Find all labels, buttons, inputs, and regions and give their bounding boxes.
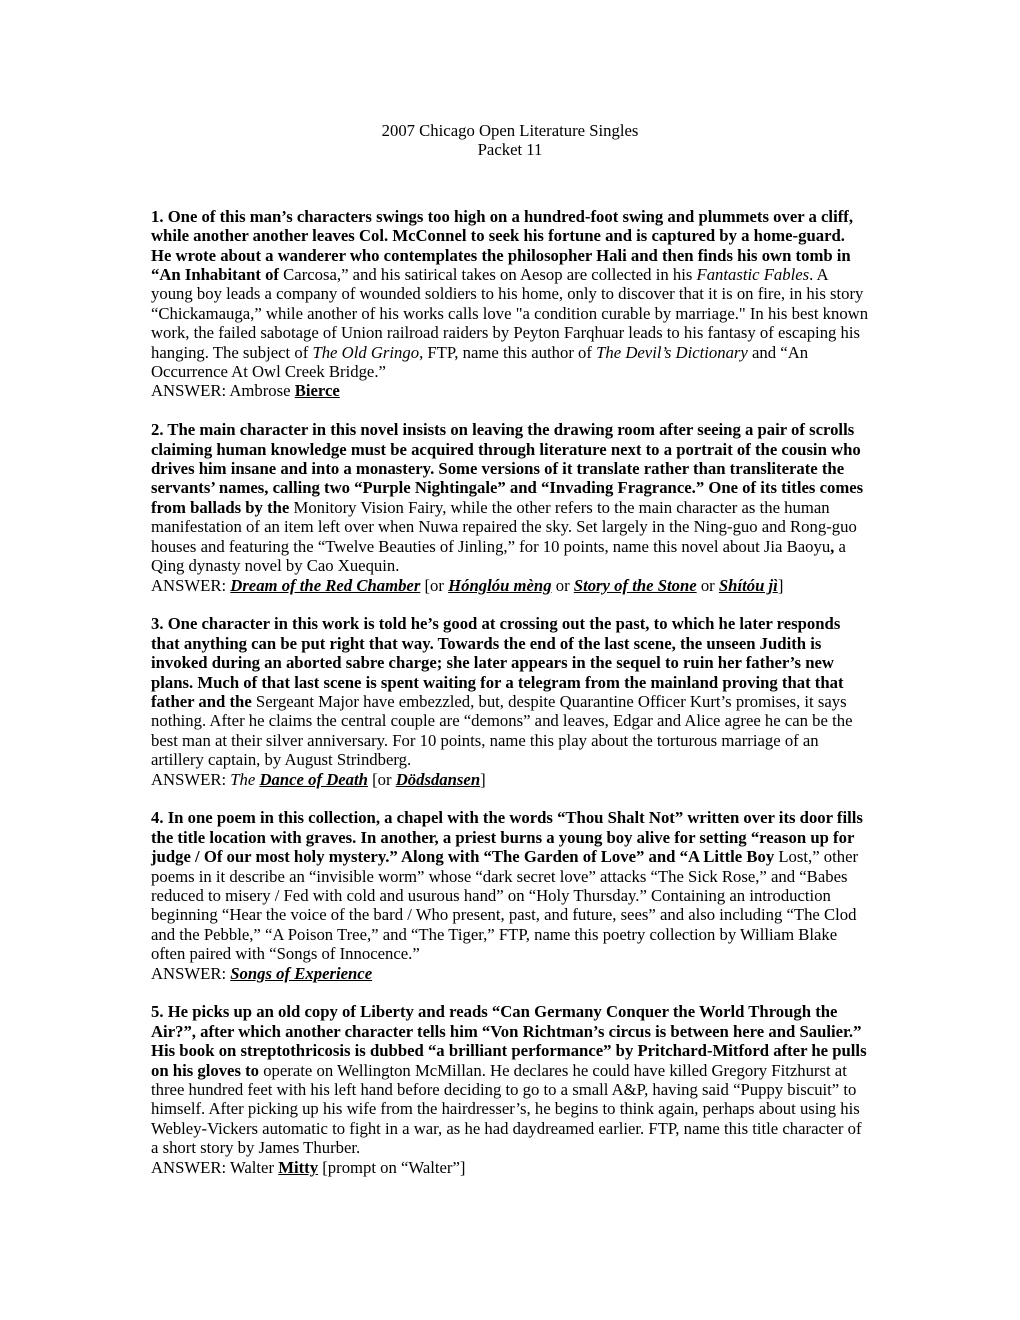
text-run: , FTP, name this author of: [419, 343, 596, 362]
answer-line: ANSWER: Walter Mitty [prompt on “Walter”…: [151, 1158, 869, 1177]
text-run: ANSWER: Ambrose: [151, 381, 295, 400]
text-run: Shítóu jì: [719, 576, 778, 595]
text-run: Dream of the Red Chamber: [230, 576, 420, 595]
text-run: ANSWER:: [151, 964, 230, 983]
text-run: The Old Gringo: [312, 343, 419, 362]
text-run: ANSWER: Walter: [151, 1158, 278, 1177]
text-run: Bierce: [295, 381, 340, 400]
text-run: Songs of Experience: [230, 964, 372, 983]
text-run: The Devil’s Dictionary: [596, 343, 748, 362]
question-block-5: 5. He picks up an old copy of Liberty an…: [151, 1002, 869, 1177]
question-text: 1. One of this man’s characters swings t…: [151, 207, 869, 382]
text-run: Hónglóu mèng: [448, 576, 551, 595]
text-run: ]: [778, 576, 784, 595]
question-block-3: 3. One character in this work is told he…: [151, 614, 869, 789]
question-text: 3. One character in this work is told he…: [151, 614, 869, 769]
question-text: 5. He picks up an old copy of Liberty an…: [151, 1002, 869, 1157]
document-title: 2007 Chicago Open Literature Singles Pac…: [151, 121, 869, 160]
text-run: Story of the Stone: [574, 576, 697, 595]
text-run: Fantastic Fables: [697, 265, 810, 284]
document-page: 2007 Chicago Open Literature Singles Pac…: [0, 0, 1020, 1320]
text-run: Dance of Death: [259, 770, 367, 789]
text-run: or: [697, 576, 719, 595]
title-line-2: Packet 11: [151, 140, 869, 159]
answer-line: ANSWER: The Dance of Death [or Dödsdanse…: [151, 770, 869, 789]
text-run: [or: [368, 770, 396, 789]
question-block-4: 4. In one poem in this collection, a cha…: [151, 808, 869, 983]
questions-list: 1. One of this man’s characters swings t…: [151, 207, 869, 1177]
question-block-1: 1. One of this man’s characters swings t…: [151, 207, 869, 401]
question-text: 4. In one poem in this collection, a cha…: [151, 808, 869, 963]
text-run: [or: [420, 576, 448, 595]
answer-line: ANSWER: Dream of the Red Chamber [or Hón…: [151, 576, 869, 595]
text-run: ANSWER:: [151, 576, 230, 595]
text-run: The: [230, 770, 259, 789]
text-run: ANSWER:: [151, 770, 230, 789]
answer-line: ANSWER: Songs of Experience: [151, 964, 869, 983]
text-run: Mitty: [278, 1158, 318, 1177]
title-line-1: 2007 Chicago Open Literature Singles: [151, 121, 869, 140]
question-block-2: 2. The main character in this novel insi…: [151, 420, 869, 595]
answer-line: ANSWER: Ambrose Bierce: [151, 381, 869, 400]
text-run: Sergeant Major have embezzled, but, desp…: [151, 692, 853, 769]
text-run: [prompt on “Walter”]: [318, 1158, 465, 1177]
text-run: Carcosa,” and his satirical takes on Aes…: [283, 265, 696, 284]
text-run: or: [552, 576, 574, 595]
question-text: 2. The main character in this novel insi…: [151, 420, 869, 575]
text-run: Dödsdansen: [396, 770, 480, 789]
text-run: ]: [480, 770, 486, 789]
text-run: 4. In one poem in this collection, a cha…: [151, 808, 863, 866]
